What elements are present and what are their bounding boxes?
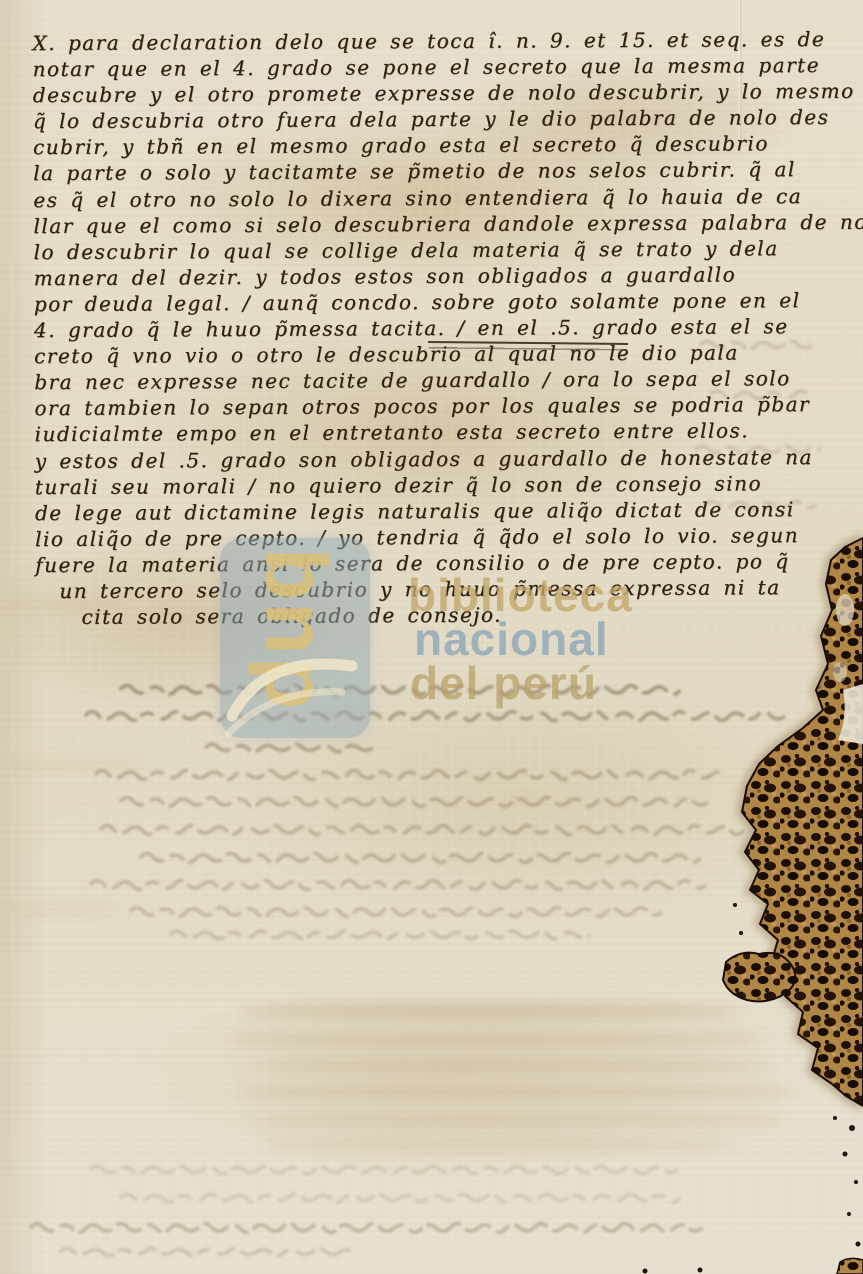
stain-band — [250, 1058, 770, 1073]
manuscript-line: es q̃ el otro no solo lo dixera sino ent… — [33, 182, 839, 212]
manuscript-line: lio aliq̃o de pre cepto. / yo tendria q̃… — [35, 522, 841, 552]
stain-band — [0, 905, 120, 913]
stain-band — [235, 1084, 795, 1100]
manuscript-line: y estos del .5. grado son obligados a gu… — [35, 443, 841, 473]
manuscript-text: X. para declaration delo que se toca î. … — [32, 26, 841, 630]
manuscript-line: la parte o solo y tacitamte se p̃metio d… — [33, 156, 839, 186]
stain-band — [225, 1032, 765, 1047]
stain-band — [0, 760, 150, 769]
stain-band — [240, 1004, 740, 1020]
manuscript-line: de lege aut dictamine legis naturalis qu… — [35, 496, 841, 526]
manuscript-line: iudicialmte empo en el entretanto esta s… — [34, 417, 840, 447]
watermark-title-line: del perú — [410, 660, 597, 706]
manuscript-line: lo descubrir lo qual se collige dela mat… — [34, 235, 840, 265]
manuscript-line: manera del dezir. y todos estos son obli… — [34, 261, 840, 291]
stain-band — [245, 1112, 785, 1127]
manuscript-line: un tercero selo descubrio y no huuo p̃me… — [59, 574, 841, 604]
stain-band — [260, 1138, 740, 1152]
manuscript-line: llar que el como si selo descubriera dan… — [33, 209, 839, 239]
manuscript-page: X. para declaration delo que se toca î. … — [0, 0, 863, 1274]
manuscript-line: turali seu morali / no quiero dezir q̃ l… — [35, 469, 841, 499]
manuscript-line: cita solo sera obligado de consejo. — [81, 600, 841, 630]
